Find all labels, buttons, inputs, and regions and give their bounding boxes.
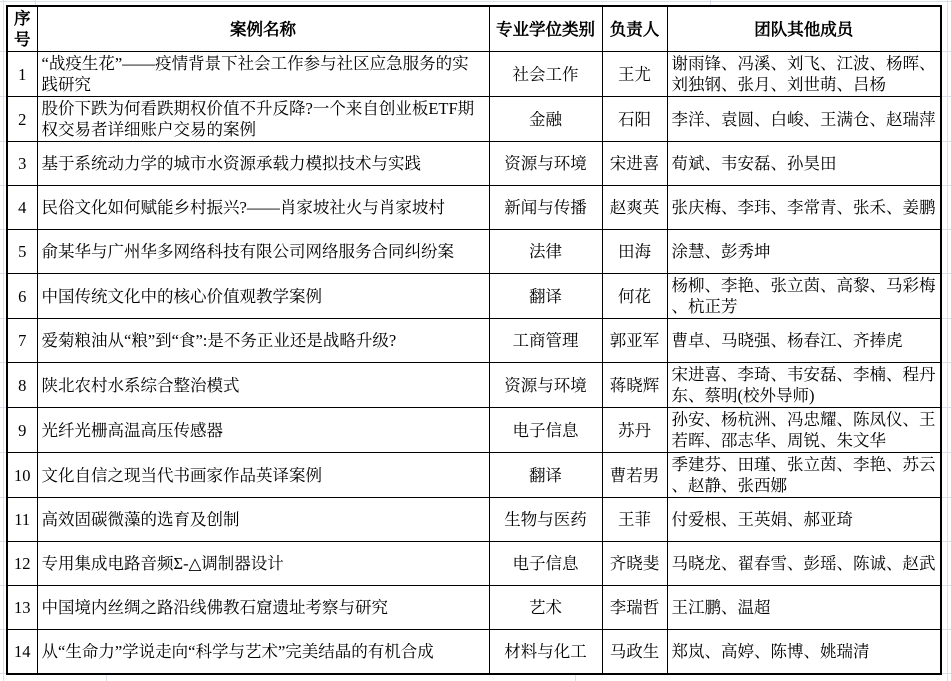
cell-no: 12	[7, 542, 37, 586]
cell-no: 5	[7, 230, 37, 274]
cell-category: 法律	[489, 230, 602, 274]
cell-category: 电子信息	[489, 542, 602, 586]
cell-members: 涂慧、彭秀坤	[667, 230, 941, 274]
cell-category: 资源与环境	[489, 142, 602, 186]
table-row: 10 文化自信之现当代书画家作品英译案例 翻译 曹若男 季建芬、田瑾、张立茵、李…	[7, 453, 941, 498]
cell-name: 光纤光栅高温高压传感器	[37, 408, 489, 453]
cell-no: 4	[7, 186, 37, 230]
table-row: 2 股价下跌为何看跌期权价值不升反降?一个来自创业板ETF期权交易者详细账户交易…	[7, 97, 941, 142]
table-row: 9 光纤光栅高温高压传感器 电子信息 苏丹 孙安、杨杭洲、冯忠耀、陈凤仪、王若晖…	[7, 408, 941, 453]
cell-category: 生物与医药	[489, 498, 602, 542]
cell-members: 付爱根、王英娟、郝亚琦	[667, 498, 941, 542]
cell-category: 资源与环境	[489, 363, 602, 408]
cell-name: 股价下跌为何看跌期权价值不升反降?一个来自创业板ETF期权交易者详细账户交易的案…	[37, 97, 489, 142]
table-row: 6 中国传统文化中的核心价值观教学案例 翻译 何花 杨柳、李艳、张立茵、高黎、马…	[7, 274, 941, 319]
cell-leader: 李瑞哲	[602, 586, 667, 630]
cell-category: 工商管理	[489, 319, 602, 363]
cell-category: 翻译	[489, 453, 602, 498]
col-header-name: 案例名称	[37, 6, 489, 52]
cell-name: 俞某华与广州华多网络科技有限公司网络服务合同纠纷案	[37, 230, 489, 274]
col-header-members: 团队其他成员	[667, 6, 941, 52]
cell-category: 新闻与传播	[489, 186, 602, 230]
cell-leader: 石阳	[602, 97, 667, 142]
cell-name: 民俗文化如何赋能乡村振兴?——肖家坡社火与肖家坡村	[37, 186, 489, 230]
header-row: 序号 案例名称 专业学位类别 负责人 团队其他成员	[7, 6, 941, 52]
cell-category: 翻译	[489, 274, 602, 319]
case-table: 序号 案例名称 专业学位类别 负责人 团队其他成员 1 “战疫生花”——疫情背景…	[6, 5, 942, 675]
cell-members: 郑岚、高婷、陈博、姚瑞清	[667, 630, 941, 675]
cell-no: 10	[7, 453, 37, 498]
table-row: 13 中国境内丝绸之路沿线佛教石窟遗址考察与研究 艺术 李瑞哲 王江鹏、温超	[7, 586, 941, 630]
col-header-category: 专业学位类别	[489, 6, 602, 52]
table-row: 1 “战疫生花”——疫情背景下社会工作参与社区应急服务的实践研究 社会工作 王尤…	[7, 52, 941, 97]
cell-members: 季建芬、田瑾、张立茵、李艳、苏云、赵静、张西娜	[667, 453, 941, 498]
cell-no: 6	[7, 274, 37, 319]
col-header-leader: 负责人	[602, 6, 667, 52]
cell-no: 11	[7, 498, 37, 542]
cell-members: 谢雨锋、冯溪、刘飞、江波、杨晖、刘独钢、张月、刘世萌、吕杨	[667, 52, 941, 97]
cell-members: 荀斌、韦安磊、孙昊田	[667, 142, 941, 186]
cell-name: “战疫生花”——疫情背景下社会工作参与社区应急服务的实践研究	[37, 52, 489, 97]
cell-leader: 苏丹	[602, 408, 667, 453]
gridline-right	[947, 0, 948, 681]
cell-leader: 郭亚军	[602, 319, 667, 363]
cell-category: 社会工作	[489, 52, 602, 97]
cell-no: 9	[7, 408, 37, 453]
cell-name: 专用集成电路音频Σ-△调制器设计	[37, 542, 489, 586]
cell-leader: 王尤	[602, 52, 667, 97]
cell-members: 宋进喜、李琦、韦安磊、李楠、程丹东、蔡明(校外导师)	[667, 363, 941, 408]
cell-name: 文化自信之现当代书画家作品英译案例	[37, 453, 489, 498]
table-row: 14 从“生命力”学说走向“科学与艺术”完美结晶的有机合成 材料与化工 马政生 …	[7, 630, 941, 675]
col-header-no: 序号	[7, 6, 37, 52]
table-row: 8 陕北农村水系综合整治模式 资源与环境 蒋晓辉 宋进喜、李琦、韦安磊、李楠、程…	[7, 363, 941, 408]
cell-leader: 马政生	[602, 630, 667, 675]
cell-leader: 何花	[602, 274, 667, 319]
table-body: 1 “战疫生花”——疫情背景下社会工作参与社区应急服务的实践研究 社会工作 王尤…	[7, 52, 941, 675]
cell-no: 2	[7, 97, 37, 142]
cell-no: 7	[7, 319, 37, 363]
cell-no: 3	[7, 142, 37, 186]
cell-no: 14	[7, 630, 37, 675]
cell-name: 基于系统动力学的城市水资源承载力模拟技术与实践	[37, 142, 489, 186]
cell-category: 金融	[489, 97, 602, 142]
cell-members: 曹卓、马晓强、杨春江、齐捧虎	[667, 319, 941, 363]
cell-leader: 宋进喜	[602, 142, 667, 186]
cell-name: 从“生命力”学说走向“科学与艺术”完美结晶的有机合成	[37, 630, 489, 675]
table-row: 7 爱菊粮油从“粮”到“食”:是不务正业还是战略升级? 工商管理 郭亚军 曹卓、…	[7, 319, 941, 363]
gridline-left	[3, 0, 4, 681]
cell-name: 高效固碳微藻的选育及创制	[37, 498, 489, 542]
cell-leader: 王菲	[602, 498, 667, 542]
cell-no: 1	[7, 52, 37, 97]
cell-no: 8	[7, 363, 37, 408]
gridline-tick	[106, 675, 107, 681]
cell-members: 李洋、袁圆、白峻、王满仓、赵瑞萍	[667, 97, 941, 142]
gridline-tick	[575, 675, 576, 681]
table-row: 4 民俗文化如何赋能乡村振兴?——肖家坡社火与肖家坡村 新闻与传播 赵爽英 张庆…	[7, 186, 941, 230]
cell-name: 中国传统文化中的核心价值观教学案例	[37, 274, 489, 319]
table-row: 11 高效固碳微藻的选育及创制 生物与医药 王菲 付爱根、王英娟、郝亚琦	[7, 498, 941, 542]
cell-name: 陕北农村水系综合整治模式	[37, 363, 489, 408]
cell-members: 马晓龙、翟春雪、彭瑶、陈诚、赵武	[667, 542, 941, 586]
gridline-top	[0, 1, 951, 2]
cell-leader: 齐晓斐	[602, 542, 667, 586]
cell-members: 张庆梅、李玮、李常青、张禾、姜鹏	[667, 186, 941, 230]
table-row: 5 俞某华与广州华多网络科技有限公司网络服务合同纠纷案 法律 田海 涂慧、彭秀坤	[7, 230, 941, 274]
cell-category: 艺术	[489, 586, 602, 630]
cell-leader: 赵爽英	[602, 186, 667, 230]
cell-category: 材料与化工	[489, 630, 602, 675]
cell-leader: 田海	[602, 230, 667, 274]
cell-members: 王江鹏、温超	[667, 586, 941, 630]
table-row: 12 专用集成电路音频Σ-△调制器设计 电子信息 齐晓斐 马晓龙、翟春雪、彭瑶、…	[7, 542, 941, 586]
cell-members: 孙安、杨杭洲、冯忠耀、陈凤仪、王若晖、邵志华、周锐、朱文华	[667, 408, 941, 453]
cell-no: 13	[7, 586, 37, 630]
cell-name: 爱菊粮油从“粮”到“食”:是不务正业还是战略升级?	[37, 319, 489, 363]
cell-leader: 蒋晓辉	[602, 363, 667, 408]
cell-category: 电子信息	[489, 408, 602, 453]
table-row: 3 基于系统动力学的城市水资源承载力模拟技术与实践 资源与环境 宋进喜 荀斌、韦…	[7, 142, 941, 186]
cell-name: 中国境内丝绸之路沿线佛教石窟遗址考察与研究	[37, 586, 489, 630]
cell-leader: 曹若男	[602, 453, 667, 498]
cell-members: 杨柳、李艳、张立茵、高黎、马彩梅、杭正芳	[667, 274, 941, 319]
